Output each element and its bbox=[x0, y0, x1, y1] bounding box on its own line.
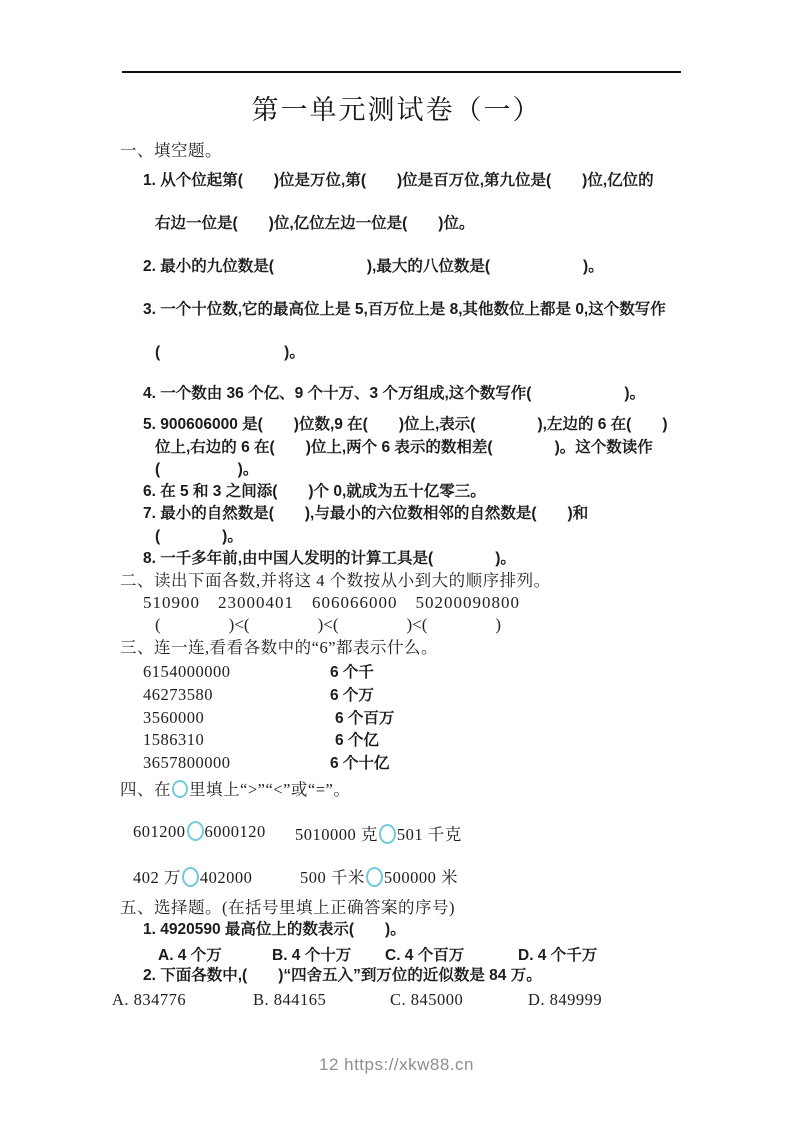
question-line: 5. 900606000 是( )位数,9 在( )位上,表示( ),左边的 6… bbox=[143, 415, 668, 435]
section2-header: 二、读出下面各数,并将这 4 个数按从小到大的顺序排列。 bbox=[120, 571, 551, 591]
choice-question-stem: 2. 下面各数中,( )“四舍五入”到万位的近似数是 84 万。 bbox=[143, 966, 542, 986]
match-meaning: 6 个亿 bbox=[335, 732, 379, 749]
match-row: 35600006 个百万 bbox=[143, 706, 643, 728]
option-label: C. 845000 bbox=[390, 990, 463, 1010]
options-row: A. 4 个万 B. 4 个十万 C. 4 个百万 D. 4 个千万 bbox=[0, 943, 793, 965]
match-number: 6154000000 bbox=[143, 662, 330, 682]
question-line: ( )。 bbox=[155, 460, 258, 480]
match-row: 462735806 个万 bbox=[143, 683, 643, 705]
question-line: 2. 最小的九位数是( ),最大的八位数是( )。 bbox=[143, 257, 604, 277]
compare-left: 402 万 bbox=[133, 868, 181, 887]
option-label: C. 4 个百万 bbox=[385, 943, 464, 965]
comparison-item: 5010000 克501 千克 bbox=[295, 821, 462, 845]
option-label: A. 834776 bbox=[112, 990, 186, 1010]
compare-circle-icon bbox=[187, 821, 204, 841]
compare-right: 501 千克 bbox=[397, 825, 462, 844]
section4-header: 四、在里填上“>”“<”或“=”。 bbox=[120, 780, 350, 800]
option-label: D. 849999 bbox=[528, 990, 602, 1010]
match-number: 3657800000 bbox=[143, 753, 330, 773]
compare-left: 500 千米 bbox=[300, 868, 365, 887]
match-number: 3560000 bbox=[143, 708, 330, 728]
option-label: A. 4 个万 bbox=[158, 943, 222, 965]
comparison-item: 402 万402000 bbox=[133, 864, 252, 888]
question-line: ( )。 bbox=[155, 527, 243, 547]
match-row: 15863106 个亿 bbox=[143, 728, 643, 750]
option-label: B. 4 个十万 bbox=[272, 943, 351, 965]
option-label: B. 844165 bbox=[253, 990, 326, 1010]
page-footer: 12 https://xkw88.cn bbox=[0, 1055, 793, 1075]
question-line: 位上,右边的 6 在( )位上,两个 6 表示的数相差( )。这个数读作 bbox=[155, 438, 653, 458]
compare-left: 5010000 克 bbox=[295, 825, 378, 844]
number-list: 510900 23000401 606066000 50200090800 bbox=[143, 593, 520, 613]
question-line: 右边一位是( )位,亿位左边一位是( )位。 bbox=[155, 214, 474, 234]
top-divider bbox=[122, 71, 681, 73]
match-meaning: 6 个万 bbox=[330, 687, 374, 704]
compare-circle-icon bbox=[379, 824, 396, 844]
section4-header-suffix: 里填上“>”“<”或“=”。 bbox=[189, 780, 350, 799]
ordering-answer-line: ( )<( )<( )<( ) bbox=[155, 615, 501, 635]
match-row: 61540000006 个千 bbox=[143, 660, 643, 682]
comparison-item: 500 千米500000 米 bbox=[300, 864, 458, 888]
match-meaning: 6 个千 bbox=[330, 664, 374, 681]
compare-right: 6000120 bbox=[205, 822, 266, 841]
compare-circle-icon bbox=[182, 867, 199, 887]
match-row: 36578000006 个十亿 bbox=[143, 751, 643, 773]
compare-circle-icon bbox=[366, 867, 383, 887]
compare-right: 402000 bbox=[200, 868, 253, 887]
choice-question-stem: 1. 4920590 最高位上的数表示( )。 bbox=[143, 920, 406, 940]
section4-header-prefix: 四、在 bbox=[120, 780, 171, 799]
question-line: 3. 一个十位数,它的最高位上是 5,百万位上是 8,其他数位上都是 0,这个数… bbox=[143, 300, 666, 320]
question-line: 1. 从个位起第( )位是万位,第( )位是百万位,第九位是( )位,亿位的 bbox=[143, 171, 654, 191]
comparison-item: 6012006000120 bbox=[133, 821, 266, 842]
worksheet-page: 第一单元测试卷（一） 一、填空题。 1. 从个位起第( )位是万位,第( )位是… bbox=[0, 0, 793, 1122]
option-label: D. 4 个千万 bbox=[518, 943, 597, 965]
section1-header: 一、填空题。 bbox=[120, 141, 222, 161]
compare-left: 601200 bbox=[133, 822, 186, 841]
question-line: 4. 一个数由 36 个亿、9 个十万、3 个万组成,这个数写作( )。 bbox=[143, 384, 645, 404]
compare-circle-icon bbox=[172, 780, 188, 798]
comparison-row: 6012006000120 5010000 克501 千克 bbox=[0, 821, 793, 847]
section5-header: 五、选择题。(在括号里填上正确答案的序号) bbox=[120, 898, 455, 918]
question-line: 7. 最小的自然数是( ),与最小的六位数相邻的自然数是( )和 bbox=[143, 504, 588, 524]
question-line: ( )。 bbox=[155, 343, 305, 363]
question-line: 6. 在 5 和 3 之间添( )个 0,就成为五十亿零三。 bbox=[143, 482, 486, 502]
match-number: 1586310 bbox=[143, 730, 330, 750]
compare-right: 500000 米 bbox=[384, 868, 458, 887]
match-number: 46273580 bbox=[143, 685, 330, 705]
comparison-row: 402 万402000 500 千米500000 米 bbox=[0, 864, 793, 890]
question-line: 8. 一千多年前,由中国人发明的计算工具是( )。 bbox=[143, 549, 516, 569]
match-meaning: 6 个百万 bbox=[335, 710, 394, 727]
options-row: A. 834776 B. 844165 C. 845000 D. 849999 bbox=[0, 990, 793, 1012]
match-meaning: 6 个十亿 bbox=[330, 755, 389, 772]
page-title: 第一单元测试卷（一） bbox=[0, 88, 793, 127]
section3-header: 三、连一连,看看各数中的“6”都表示什么。 bbox=[120, 638, 438, 658]
